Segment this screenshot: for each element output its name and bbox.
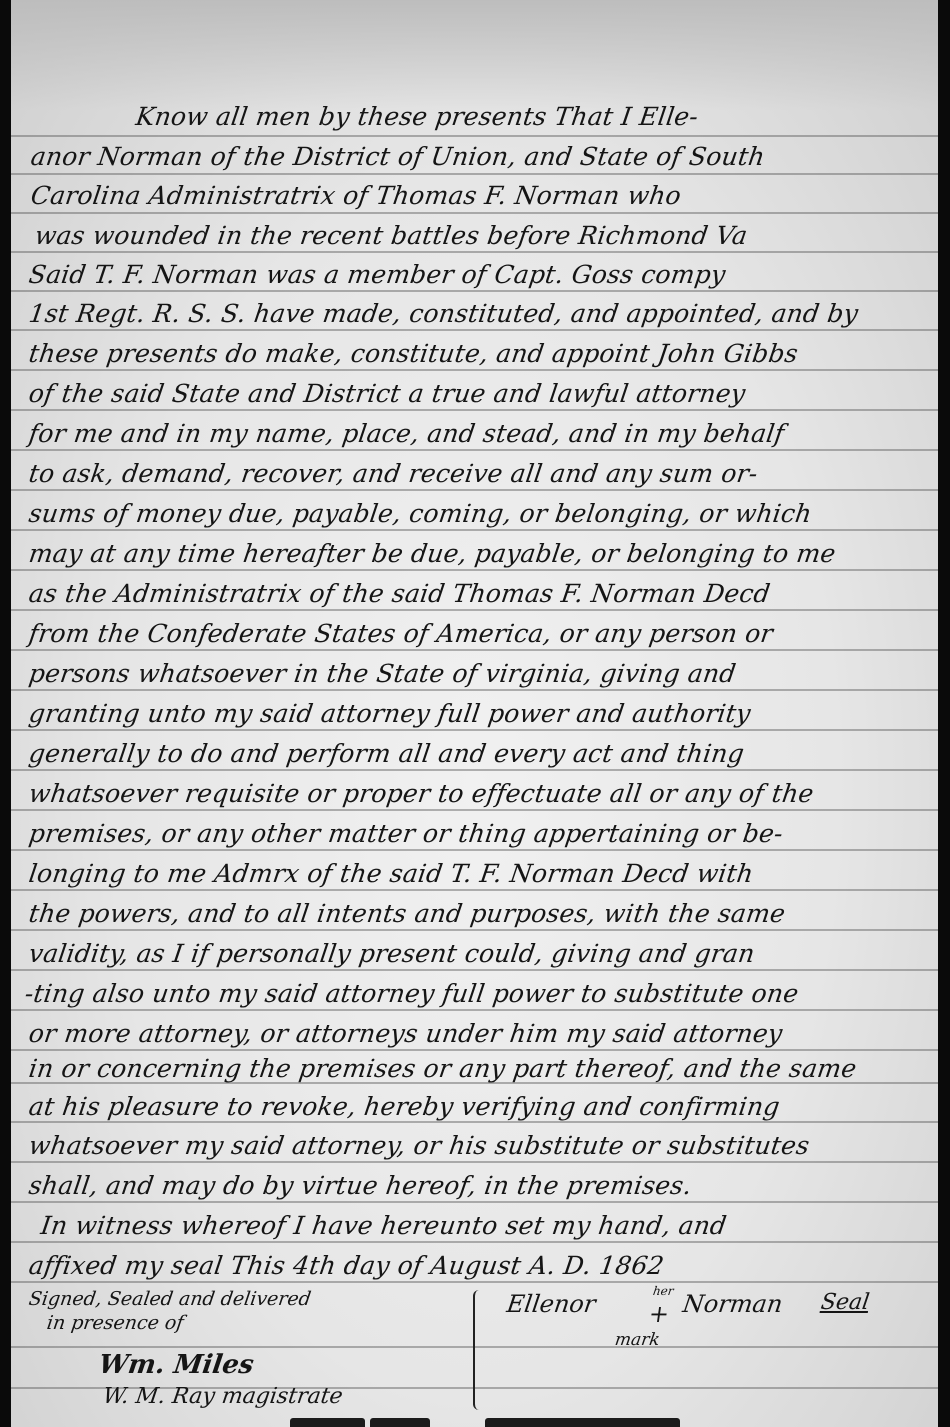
ruled-line	[11, 173, 938, 175]
scan-edge-tab	[370, 1418, 430, 1427]
text-line: granting unto my said attorney full powe…	[11, 699, 938, 729]
ruled-line	[11, 1241, 938, 1243]
text-line: the powers, and to all intents and purpo…	[11, 899, 938, 929]
text-line: longing to me Admrx of the said T. F. No…	[11, 859, 938, 889]
ruled-line	[11, 135, 938, 137]
text-line: Know all men by these presents That I El…	[11, 102, 938, 132]
text-line: to ask, demand, recover, and receive all…	[11, 459, 938, 489]
ruled-line	[11, 729, 938, 731]
signature-last-name: Norman	[681, 1290, 784, 1318]
ruled-line	[11, 809, 938, 811]
text-line: in or concerning the premises or any par…	[11, 1054, 938, 1084]
ruled-line	[11, 212, 938, 214]
ruled-line	[11, 1161, 938, 1163]
text-line: of the said State and District a true an…	[11, 379, 938, 409]
text-line: persons whatsoever in the State of virgi…	[11, 659, 938, 689]
ruled-line	[11, 929, 938, 931]
signature-mark-cross: +	[647, 1300, 671, 1328]
ruled-line	[11, 649, 938, 651]
text-line: these presents do make, constitute, and …	[11, 339, 938, 369]
ruled-line	[11, 849, 938, 851]
ruled-line	[11, 409, 938, 411]
text-line: whatsoever my said attorney, or his subs…	[11, 1131, 938, 1161]
ruled-line	[11, 1009, 938, 1011]
ruled-line	[11, 1281, 938, 1283]
text-line: was wounded in the recent battles before…	[11, 221, 938, 251]
text-line: anor Norman of the District of Union, an…	[11, 142, 938, 172]
text-line: 1st Regt. R. S. S. have made, constitute…	[11, 299, 938, 329]
ruled-line	[11, 251, 938, 253]
ruled-line	[11, 369, 938, 371]
ruled-line	[11, 329, 938, 331]
seal-label: Seal	[819, 1290, 871, 1315]
scan-edge-tab	[485, 1418, 680, 1427]
signature-first-name: Ellenor	[505, 1290, 597, 1318]
text-line: at his pleasure to revoke, hereby verify…	[11, 1092, 938, 1122]
text-line: sums of money due, payable, coming, or b…	[11, 499, 938, 529]
text-line: from the Confederate States of America, …	[11, 619, 938, 649]
signature-her-label: her	[652, 1284, 675, 1298]
witness-signature-1: Wm. Miles	[97, 1350, 256, 1380]
text-line: may at any time hereafter be due, payabl…	[11, 539, 938, 569]
ruled-line	[11, 569, 938, 571]
text-line: affixed my seal This 4th day of August A…	[11, 1251, 938, 1281]
text-line: Carolina Administratrix of Thomas F. Nor…	[11, 181, 938, 211]
text-line: In witness whereof I have hereunto set m…	[11, 1211, 938, 1241]
ruled-line	[11, 1201, 938, 1203]
ruled-line	[11, 889, 938, 891]
signature-mark-label: mark	[614, 1330, 661, 1350]
ruled-line	[11, 1049, 938, 1051]
attestation-line-2: in presence of	[45, 1312, 185, 1334]
ruled-line	[11, 969, 938, 971]
ruled-line	[11, 529, 938, 531]
scan-edge-tab	[290, 1418, 365, 1427]
ruled-line	[11, 489, 938, 491]
ruled-line	[11, 769, 938, 771]
text-line: premises, or any other matter or thing a…	[11, 819, 938, 849]
document-page: Know all men by these presents That I El…	[11, 0, 938, 1427]
text-line: generally to do and perform all and ever…	[11, 739, 938, 769]
ruled-line	[11, 449, 938, 451]
text-line: Said T. F. Norman was a member of Capt. …	[11, 260, 938, 290]
bracket-divider	[473, 1290, 485, 1410]
text-line: or more attorney, or attorneys under him…	[11, 1019, 938, 1049]
text-line: shall, and may do by virtue hereof, in t…	[11, 1171, 938, 1201]
text-line: -ting also unto my said attorney full po…	[11, 979, 938, 1009]
text-line: validity, as I if personally present cou…	[11, 939, 938, 969]
ruled-line	[11, 689, 938, 691]
text-line: whatsoever requisite or proper to effect…	[11, 779, 938, 809]
text-line: as the Administratrix of the said Thomas…	[11, 579, 938, 609]
ruled-line	[11, 609, 938, 611]
ruled-line	[11, 290, 938, 292]
witness-signature-2: W. M. Ray magistrate	[101, 1384, 344, 1409]
attestation-line-1: Signed, Sealed and delivered	[27, 1288, 312, 1310]
text-line: for me and in my name, place, and stead,…	[11, 419, 938, 449]
